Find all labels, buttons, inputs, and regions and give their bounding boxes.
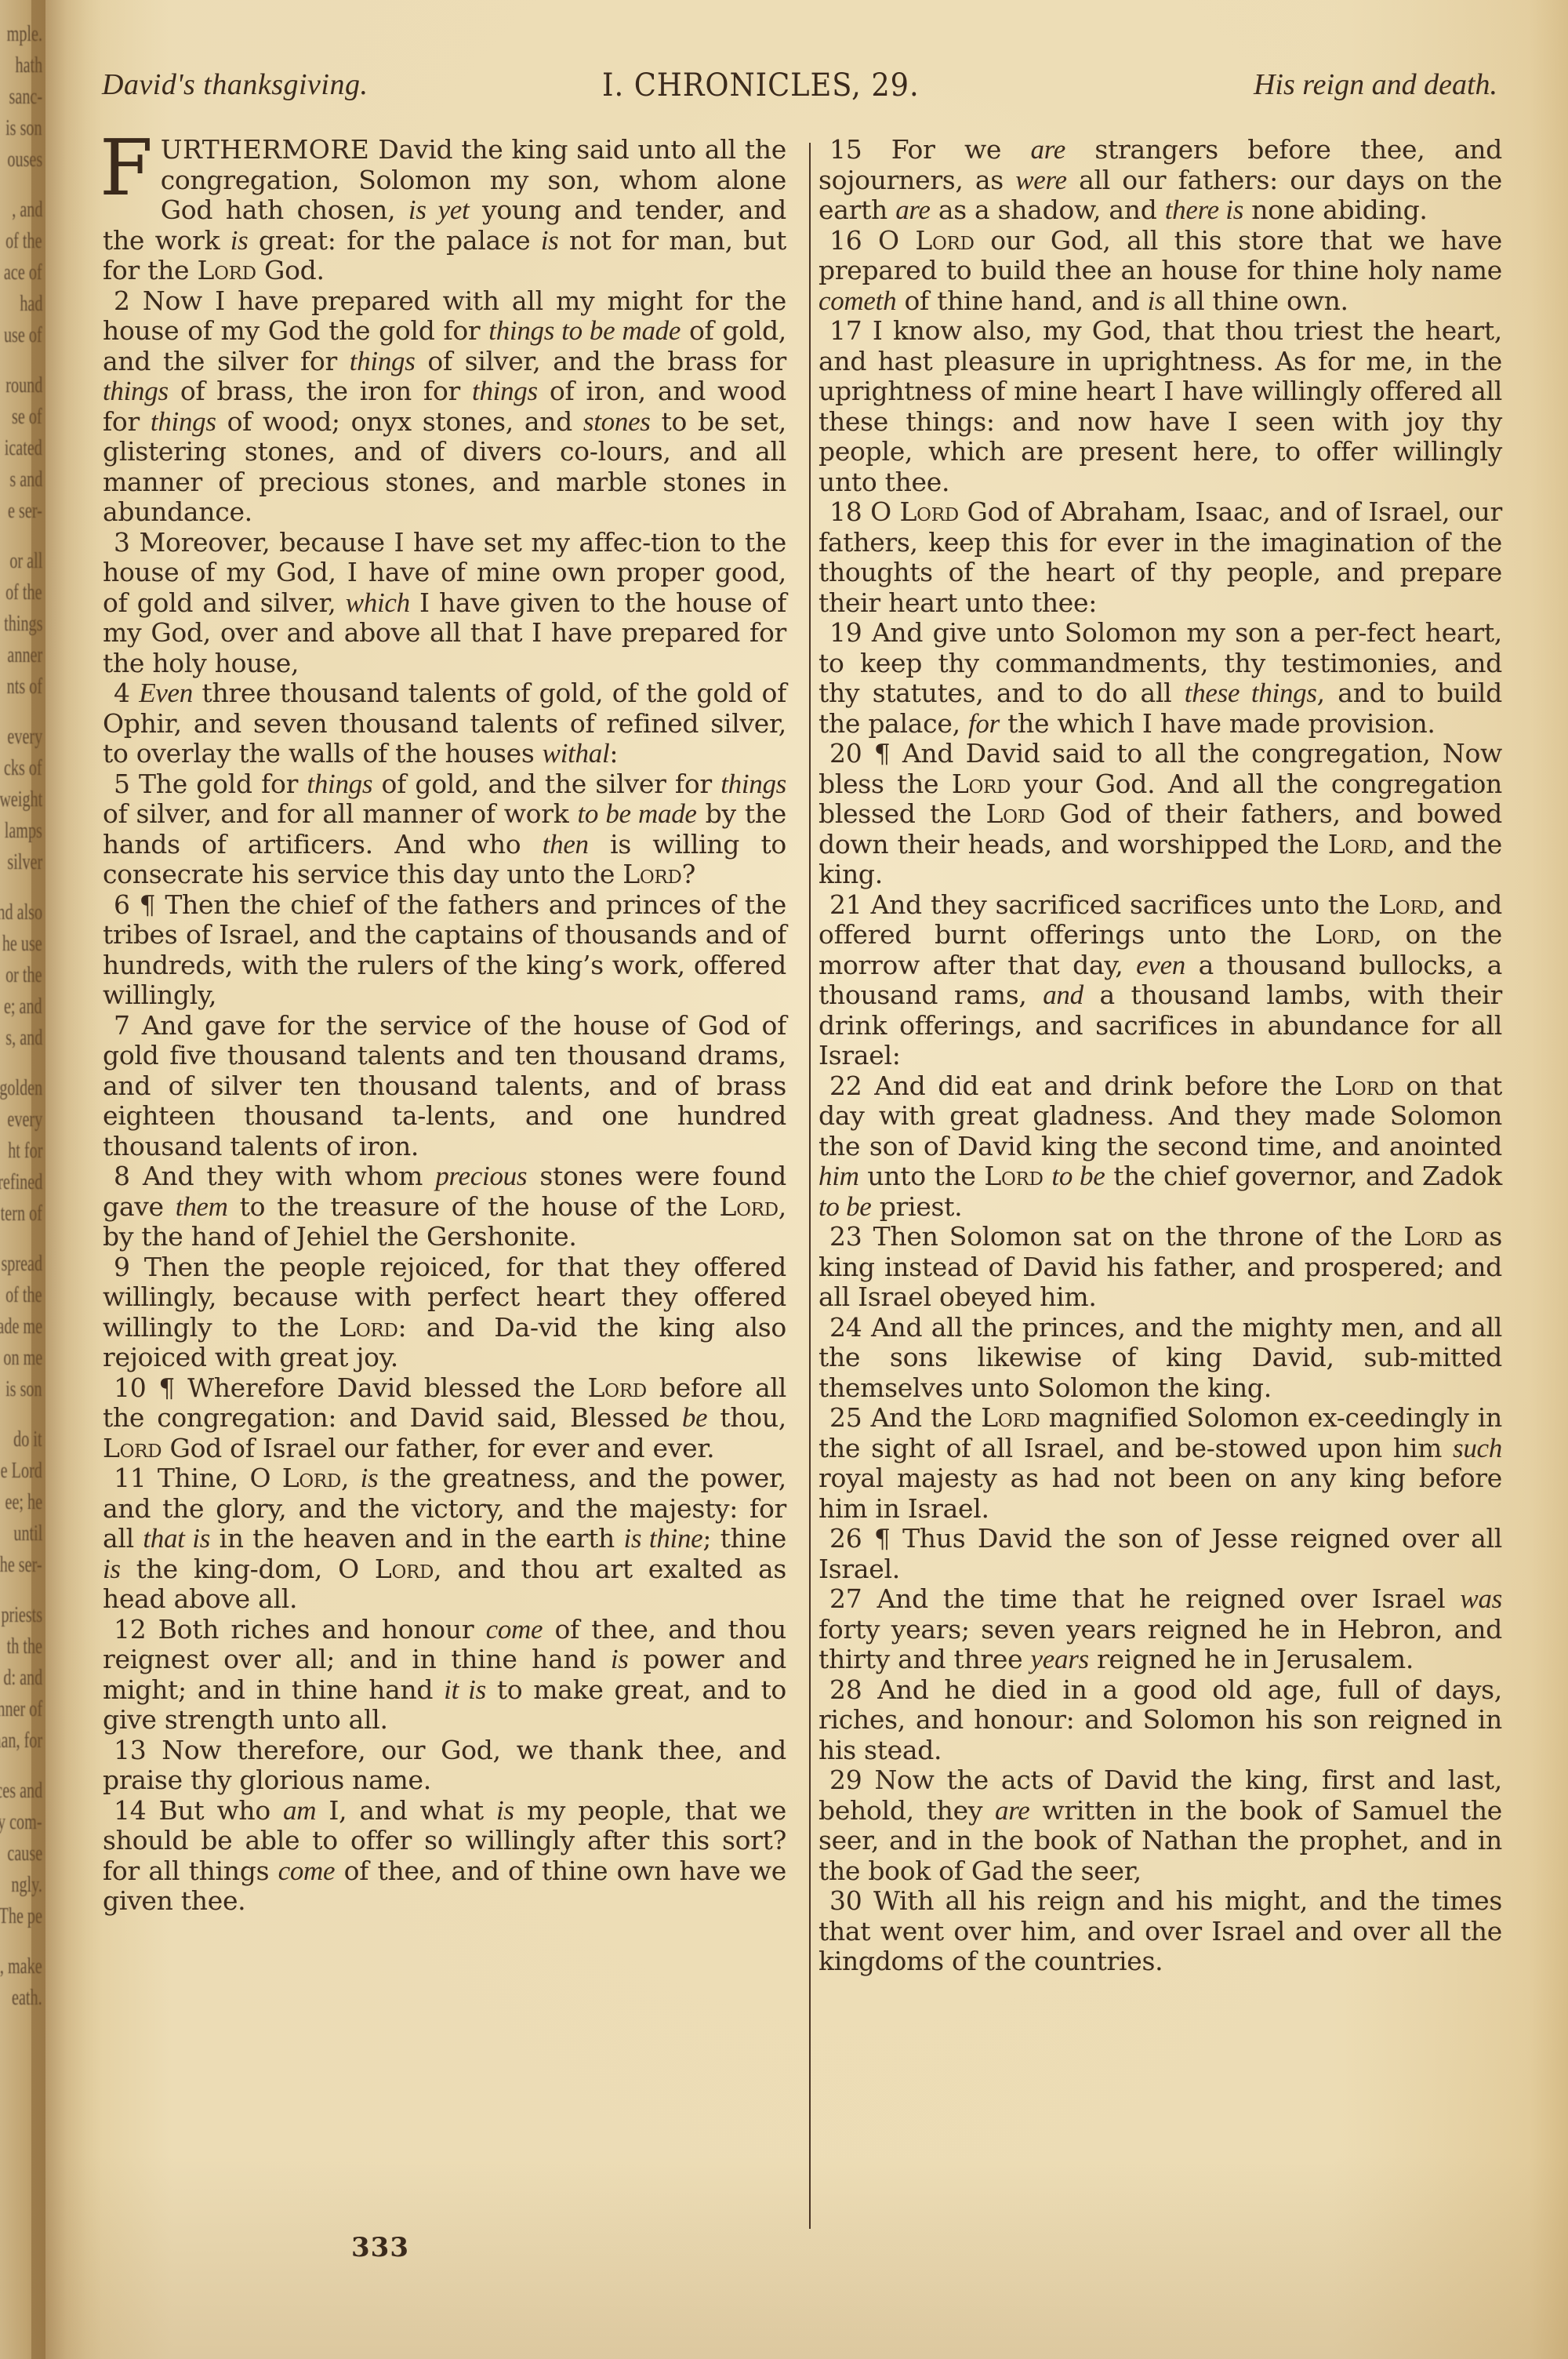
verse-9: 9 Then the people rejoiced, for that the… [103, 1252, 786, 1373]
verse-text: And David said to all the congregation, … [818, 738, 1502, 889]
verse-number: 16 [829, 225, 878, 256]
verse-text: Then the chief of the fathers and prince… [103, 889, 786, 1011]
running-head-right: His reign and death. [1254, 67, 1497, 102]
verse-number: 30 [829, 1885, 873, 1916]
gutter-shadow [31, 0, 102, 2359]
left-column: FURTHERMORE David the king said unto all… [103, 135, 786, 1917]
verse-number: 17 [829, 315, 873, 346]
verse-text: And they sacrificed sacrifices unto the … [818, 889, 1502, 1071]
verse-text: O Lord God of Abraham, Isaac, and of Isr… [818, 496, 1502, 618]
verse-text: Even three thousand talents of gold, of … [103, 678, 786, 769]
verse-10: 10 ¶ Wherefore David blessed the Lord be… [103, 1373, 786, 1464]
verse-12: 12 Both riches and honour come of thee, … [103, 1615, 786, 1736]
verse-number: 20 ¶ [829, 738, 902, 769]
verse-3: 3 Moreover, because I have set my affec-… [103, 528, 786, 679]
verse-number: 7 [114, 1010, 142, 1041]
verse-number: 18 [829, 496, 870, 527]
running-head-center: I. CHRONICLES, 29. [602, 67, 920, 104]
verse-text: For we are strangers before thee, and so… [818, 134, 1502, 225]
verse-number: 8 [114, 1161, 143, 1191]
verse-text: Now I have prepared with all my might fo… [103, 285, 786, 528]
verse-number: 19 [829, 617, 872, 648]
verse-1: FURTHERMORE David the king said unto all… [103, 135, 786, 286]
verse-text: O Lord our God, all this store that we h… [818, 225, 1502, 316]
verse-number: 15 [829, 134, 891, 165]
verse-text: Both riches and honour come of thee, and… [103, 1614, 786, 1736]
verse-16: 16 O Lord our God, all this store that w… [818, 226, 1502, 317]
lead-caps: URTHERMORE [161, 134, 370, 165]
verse-4: 4 Even three thousand talents of gold, o… [103, 678, 786, 769]
column-divider [809, 143, 811, 2229]
verse-number: 11 [114, 1463, 158, 1493]
verse-number: 14 [114, 1795, 159, 1826]
verse-text: The gold for things of gold, and the sil… [103, 769, 786, 890]
verse-18: 18 O Lord God of Abraham, Isaac, and of … [818, 497, 1502, 618]
verse-text: Then Solomon sat on the throne of the Lo… [818, 1221, 1502, 1312]
verse-text: Moreover, because I have set my affec-ti… [103, 527, 786, 678]
verse-15: 15 For we are strangers before thee, and… [818, 135, 1502, 226]
verse-text: And all the princes, and the mighty men,… [818, 1312, 1502, 1403]
verse-text: And he died in a good old age, full of d… [818, 1674, 1502, 1765]
verse-text: I know also, my God, that thou triest th… [818, 315, 1502, 497]
verse-28: 28 And he died in a good old age, full o… [818, 1675, 1502, 1766]
page-number: 333 [351, 2232, 409, 2263]
right-column: 15 For we are strangers before thee, and… [818, 135, 1502, 1977]
verse-number: 5 [114, 769, 139, 799]
verse-6: 6 ¶ Then the chief of the fathers and pr… [103, 890, 786, 1011]
verse-text: But who am I, and what is my people, tha… [103, 1795, 786, 1917]
verse-number: 22 [829, 1070, 874, 1101]
verse-number: 6 ¶ [114, 889, 165, 920]
verse-number: 27 [829, 1583, 877, 1614]
running-head: David's thanksgiving. I. CHRONICLES, 29.… [102, 67, 1497, 114]
verse-13: 13 Now therefore, our God, we thank thee… [103, 1736, 786, 1796]
verse-text: And did eat and drink before the Lord on… [818, 1070, 1502, 1222]
verse-number: 29 [829, 1765, 874, 1795]
verse-text: Now therefore, our God, we thank thee, a… [103, 1735, 786, 1796]
verse-26: 26 ¶ Thus David the son of Jesse reigned… [818, 1524, 1502, 1584]
verse-20: 20 ¶ And David said to all the congregat… [818, 739, 1502, 890]
verse-text: And give unto Solomon my son a per-fect … [818, 617, 1502, 739]
verse-text: And the Lord magnified Solomon ex-ceedin… [818, 1402, 1502, 1524]
verse-5: 5 The gold for things of gold, and the s… [103, 769, 786, 890]
verse-number: 23 [829, 1221, 873, 1252]
verse-text: Now the acts of David the king, first an… [818, 1765, 1502, 1886]
verse-21: 21 And they sacrificed sacrifices unto t… [818, 890, 1502, 1071]
verse-30: 30 With all his reign and his might, and… [818, 1886, 1502, 1977]
verse-25: 25 And the Lord magnified Solomon ex-cee… [818, 1403, 1502, 1524]
verse-11: 11 Thine, O Lord, is the greatness, and … [103, 1463, 786, 1615]
verse-8: 8 And they with whom precious stones wer… [103, 1161, 786, 1252]
verse-number: 2 [114, 285, 143, 316]
verse-text: With all his reign and his might, and th… [818, 1885, 1502, 1976]
verse-number: 26 ¶ [829, 1523, 902, 1554]
verse-number: 3 [114, 527, 140, 558]
verse-text: And the time that he reigned over Israel… [818, 1583, 1502, 1674]
verse-number: 25 [829, 1402, 871, 1433]
verse-14: 14 But who am I, and what is my people, … [103, 1796, 786, 1917]
verse-number: 10 ¶ [114, 1372, 187, 1403]
verse-22: 22 And did eat and drink before the Lord… [818, 1071, 1502, 1223]
verse-number: 24 [829, 1312, 871, 1343]
verse-19: 19 And give unto Solomon my son a per-fe… [818, 618, 1502, 739]
drop-cap: F [100, 138, 153, 199]
verse-29: 29 Now the acts of David the king, first… [818, 1765, 1502, 1886]
running-head-left: David's thanksgiving. [102, 67, 368, 102]
verse-7: 7 And gave for the service of the house … [103, 1011, 786, 1162]
verse-number: 21 [829, 889, 871, 920]
verse-17: 17 I know also, my God, that thou triest… [818, 316, 1502, 497]
verse-text: And they with whom precious stones were … [103, 1161, 786, 1252]
verse-number: 13 [114, 1735, 162, 1765]
verse-text: Thus David the son of Jesse reigned over… [818, 1523, 1502, 1584]
verse-number: 9 [114, 1252, 144, 1282]
verse-2: 2 Now I have prepared with all my might … [103, 286, 786, 528]
verse-24: 24 And all the princes, and the mighty m… [818, 1313, 1502, 1404]
verse-number: 12 [114, 1614, 158, 1645]
verse-text: And gave for the service of the house of… [103, 1010, 786, 1161]
verse-text: Wherefore David blessed the Lord before … [103, 1372, 786, 1463]
verse-text: Then the people rejoiced, for that they … [103, 1252, 786, 1373]
verse-number: 28 [829, 1674, 877, 1705]
verse-text: Thine, O Lord, is the greatness, and the… [103, 1463, 786, 1614]
verse-23: 23 Then Solomon sat on the throne of the… [818, 1222, 1502, 1313]
verse-number: 4 [114, 678, 139, 708]
verse-27: 27 And the time that he reigned over Isr… [818, 1584, 1502, 1675]
